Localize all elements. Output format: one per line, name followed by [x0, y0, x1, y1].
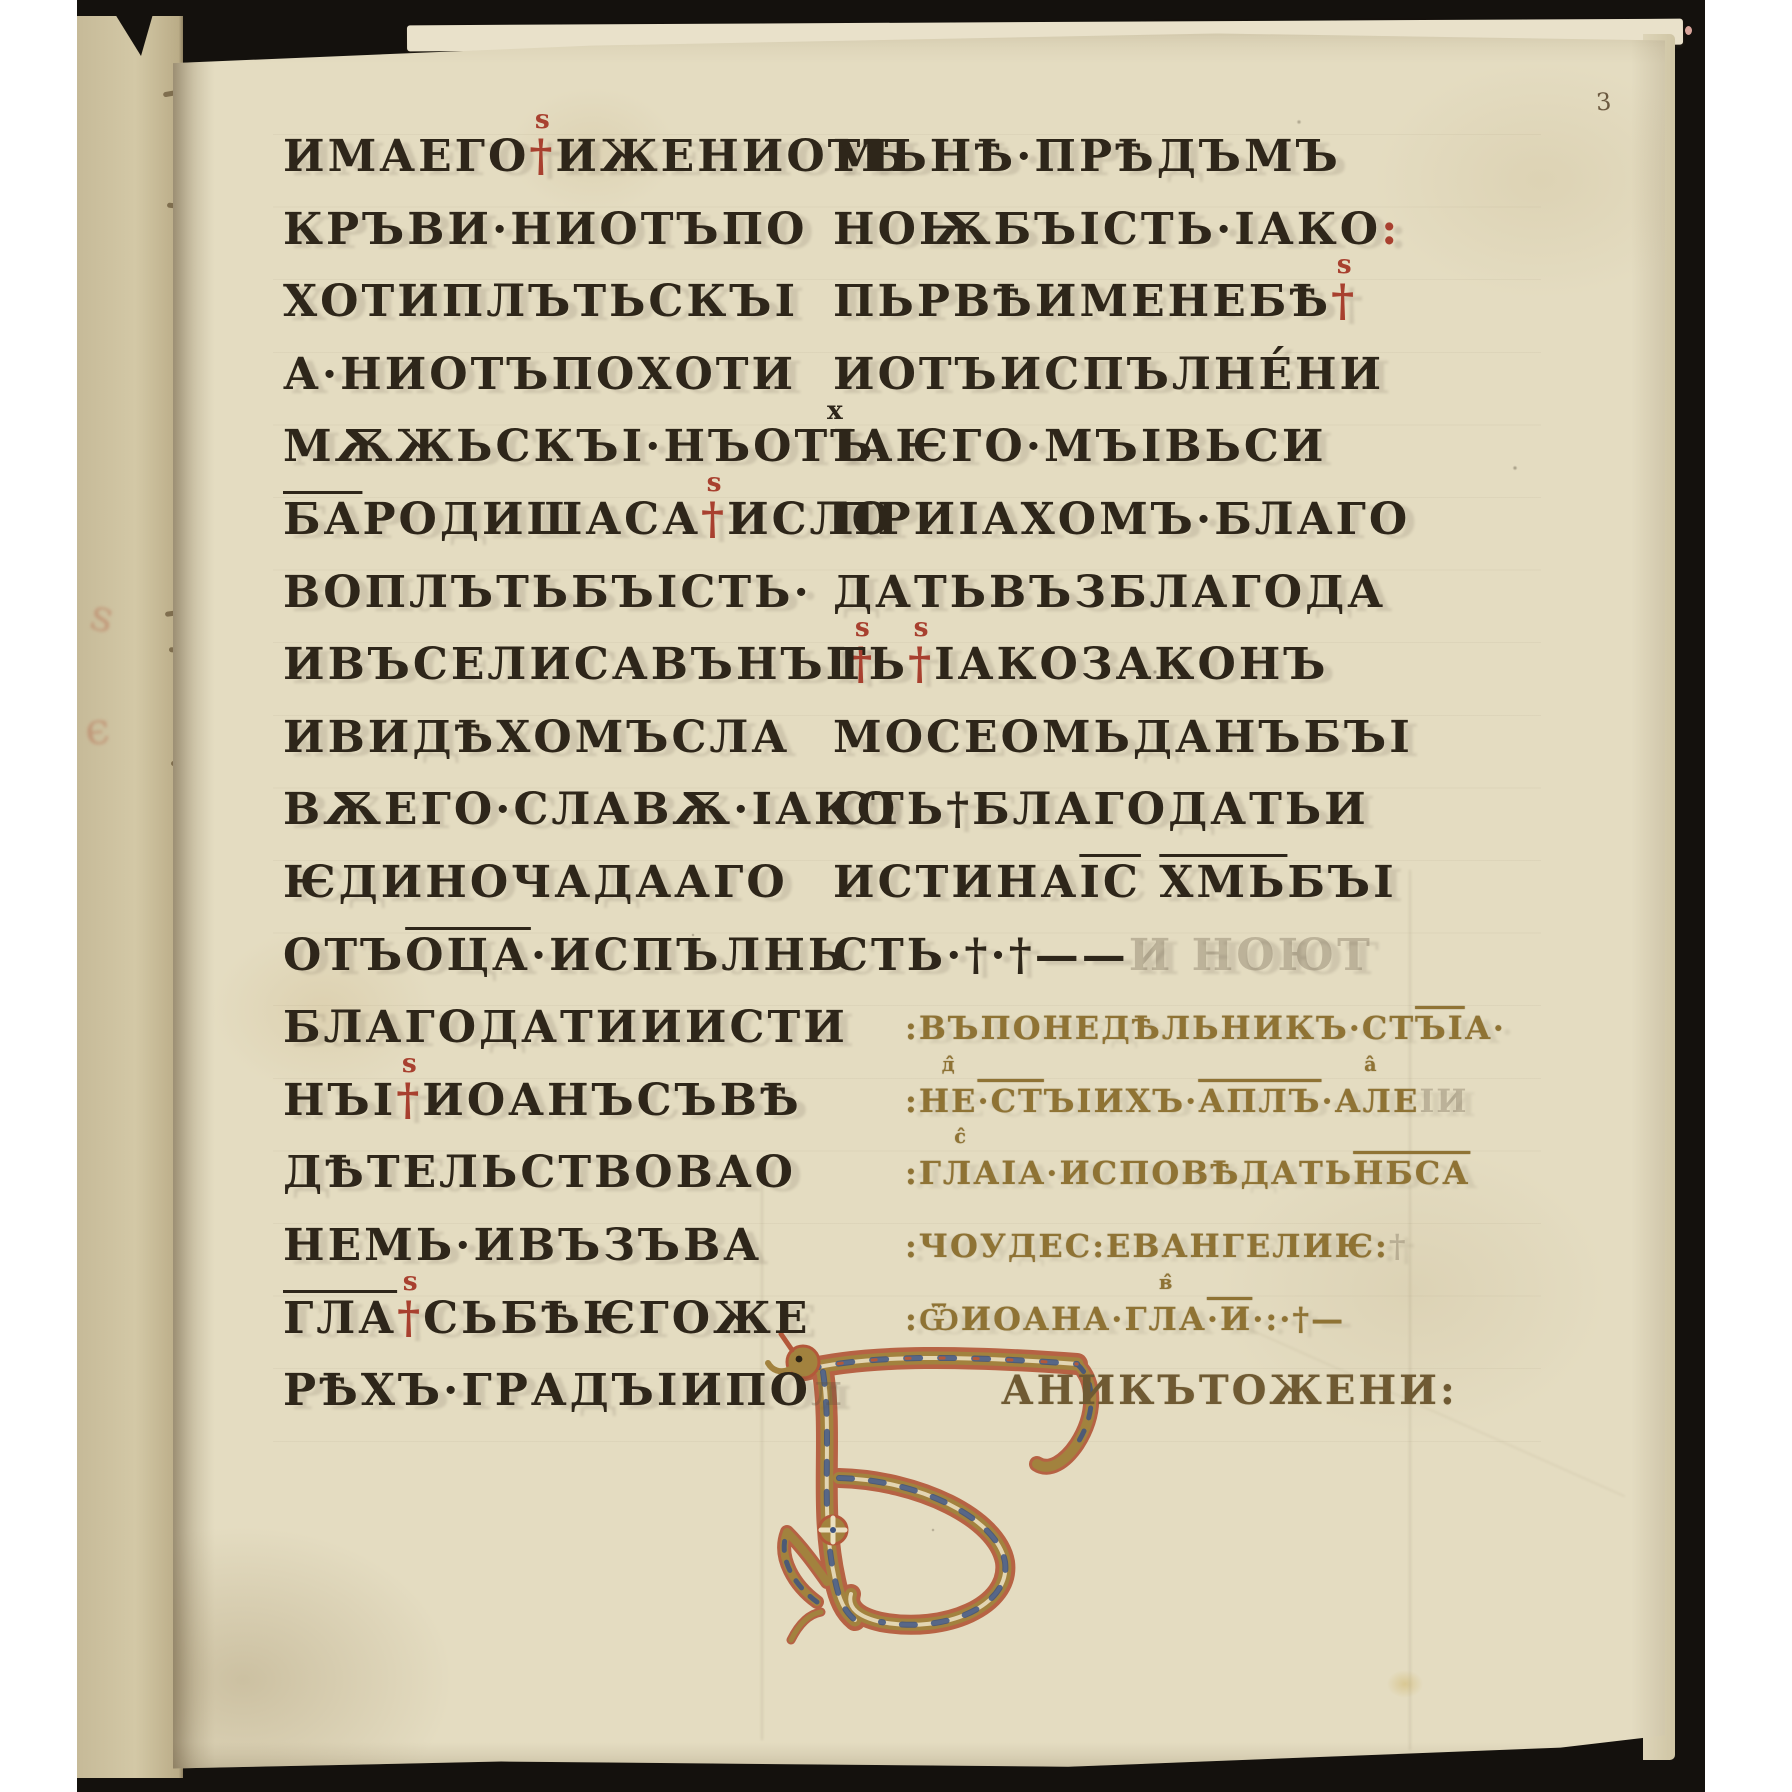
text-run: ОТЪ	[283, 930, 405, 981]
text-run: ПЬРВѢИМЕНЕБѢ	[833, 276, 1331, 327]
text-run: †ѕ	[1331, 266, 1357, 339]
text-run: ГЛАв̂	[1124, 1283, 1206, 1356]
text-run: ЪІИХЪ·	[1044, 1082, 1198, 1120]
text-run: СЬБѢѤГОЖЕ	[423, 1293, 810, 1344]
text-line: НЪІ†ИОАНЪСЪВѢНЪІ†ѕИОАНЪСЪВѢ	[283, 1065, 909, 1138]
superscript-letter: ѕ	[855, 615, 870, 641]
text-run: †	[1389, 1227, 1408, 1265]
text-line: СТЬ†БЛАГОДАТЬИСТЬ†БЛАГОДАТЬИ	[833, 774, 1506, 847]
text-line: ВОПЛЪТЬБЪІСТЬ·ВОПЛЪТЬБЪІСТЬ·	[283, 557, 909, 630]
text-line: БАРОДИШАСА†ИСЛОБАРОДИШАСА†ѕИСЛО	[283, 484, 909, 557]
text-line: ВѪЕГО·СЛАВѪ·ІАКОВѪЕГО·СЛАВѪ·ІАКО	[283, 774, 909, 847]
text-line: МЪНѢ·ПРѢДЪМЪМЪНѢ·ПРѢДЪМЪ	[833, 121, 1506, 194]
text-line: А·НИОТЪПОХОТИА·НИОТЪПОХОТИ	[283, 339, 909, 412]
text-run: ѤДИНОЧАДААГО	[283, 857, 788, 908]
text-run: :	[1375, 1227, 1389, 1265]
text-run: ДѢТЕЛЬСТВОВАО	[283, 1147, 796, 1198]
photo-backdrop: ѕ є 3 ИМАЕГО†ИЖЕНИОТЪИМАЕГО†ѕИЖЕНИОТЪКРЪ…	[77, 0, 1705, 1792]
text-line: ГЛА†СЬБѢѤГОЖЕГЛА†ѕСЬБѢѤГОЖЕ	[283, 1283, 909, 1356]
text-run: ·АЛЕа̂	[1321, 1065, 1419, 1138]
superscript-letter: ѕ	[914, 615, 929, 641]
text-run: ПРИІАХОМЪ·БЛАГО	[833, 494, 1410, 545]
manuscript-page: 3 ИМАЕГО†ИЖЕНИОТЪИМАЕГО†ѕИЖЕНИОТЪКРЪВИ·Н…	[173, 30, 1665, 1772]
gutter-previous-folio: ѕ є	[77, 16, 183, 1778]
text-run: ІИ	[1419, 1082, 1468, 1120]
text-run: ЪІ	[1415, 1009, 1465, 1047]
text-run: АНИКЪТОЖЕНИ	[1001, 1367, 1440, 1414]
text-run: ИСПОВѢДАТЬ	[1059, 1154, 1353, 1192]
text-run: :	[1440, 1367, 1458, 1414]
text-line: ИОТЪИСПЪЛНЕ́НИИОТЪИСПЪЛНЕ́НИ	[833, 339, 1506, 412]
text-run: ИВЪСЕЛИСАВЪНЪІ	[283, 639, 849, 690]
backdrop-speck	[1685, 26, 1692, 35]
superscript-letter: ѕ	[403, 1269, 418, 1295]
text-run: НБСА	[1353, 1154, 1470, 1192]
text-run: СТЬ†БЛАГОДАТЬИ	[833, 784, 1369, 835]
text-run: ИМАЕГО	[283, 131, 529, 182]
folio-number: 3	[1595, 88, 1612, 117]
text-run: ВЪПОНЕДѢЛЬНИКЪ·	[919, 1009, 1362, 1047]
text-run: ВОПЛЪТЬБЪІСТЬ·	[283, 567, 812, 618]
text-run: ІА·	[1001, 1154, 1059, 1192]
text-line: ХОТИПЛЪТЬСКЪІХОТИПЛЪТЬСКЪІ	[283, 266, 909, 339]
text-line: ДАТЬВЪЗБЛАГОДАДАТЬВЪЗБЛАГОДА	[833, 557, 1506, 630]
text-run: ·И	[1207, 1300, 1252, 1338]
text-line: МѪЖЬСКЪІ·НЪОТЪМѪЖЬСКЪІ·НЪОТЪх	[283, 411, 909, 484]
rubric-line: :ГЛАІА·ИСПОВѢДАТЬНБСА:ГЛАс̂ІА·ИСПОВѢДАТЬ…	[833, 1137, 1506, 1210]
superscript-letter: ѕ	[535, 107, 550, 133]
text-run: л	[811, 1365, 845, 1416]
text-line: ОТЪОЦА·ИСПЪЛНЬОТЪОЦА·ИСПЪЛНЬ	[283, 920, 909, 993]
text-run: РѢХЪ·ГРАДЪІИПО	[283, 1365, 811, 1416]
text-line: ІАѤГО·МЪІВЬСИІАѤГО·МЪІВЬСИ	[833, 411, 1506, 484]
text-run: ХМЬ	[1159, 857, 1287, 908]
text-run: ИВИДѢХОМЪСЛА	[283, 712, 790, 763]
text-line: МОСЕОМЬДАНЪБЪІМОСЕОМЬДАНЪБЪІ	[833, 702, 1506, 775]
text-run: ВѪЕГО·СЛАВѪ·ІАКО	[283, 784, 898, 835]
text-run: ГЛА	[283, 1293, 397, 1344]
superscript-letter: а̂	[1364, 1055, 1376, 1074]
superscript-letter: ѕ	[1337, 252, 1352, 278]
text-run: И НОЮТ	[1129, 930, 1373, 981]
text-line: ДѢТЕЛЬСТВОВАОДѢТЕЛЬСТВОВАО	[283, 1137, 909, 1210]
superscript-letter: ѕ	[707, 470, 722, 496]
text-run: БЛАГОДАТИИИСТИ	[283, 1002, 848, 1053]
text-run: БА	[283, 494, 362, 545]
text-run: СТЬ	[833, 930, 946, 981]
text-run: ИОАНЪСЪВѢ	[422, 1075, 801, 1126]
superscript-letter: ѕ	[402, 1051, 417, 1077]
text-run: НЕд̂	[919, 1065, 978, 1138]
text-run: ИОТЪИСПЪЛНЕ́НИ	[833, 349, 1384, 400]
text-line: ПЬРВѢИМЕНЕБѢ†ПЬРВѢИМЕНЕБѢ†ѕ	[833, 266, 1506, 339]
text-run: НЪІ	[283, 1075, 396, 1126]
text-line: РѢХЪ·ГРАДЪІИПОлРѢХЪ·ГРАДЪІИПОл	[283, 1355, 909, 1428]
text-line: ѤДИНОЧАДААГОѤДИНОЧАДААГО	[283, 847, 909, 920]
manuscript-scan: { "page_info": { "folio_number": "3" }, …	[0, 0, 1792, 1792]
text-line: НЕМЬ·ИВЪЗЪВАНЕМЬ·ИВЪЗЪВА	[283, 1210, 909, 1283]
text-run: ЕВАНГЕЛИѤ	[1106, 1227, 1375, 1265]
text-run: :	[905, 1154, 919, 1192]
text-run: АПЛЪ	[1198, 1082, 1321, 1120]
text-run: †ѕ	[397, 1283, 423, 1356]
superscript-letter: с̂	[954, 1127, 966, 1146]
text-run: †ѕ	[908, 629, 934, 702]
text-run: ДАТЬВЪЗБЛАГОДА	[833, 567, 1386, 618]
text-run: :	[905, 1009, 919, 1047]
text-run: ИСТИНА	[833, 857, 1079, 908]
text-line: СТЬ·†·†——И НОЮТСТЬ·†·†——И НОЮТ	[833, 920, 1506, 993]
text-run: ІАКОЗАКОНЪ	[934, 639, 1328, 690]
text-run: МОСЕОМЬДАНЪБЪІ	[833, 712, 1413, 763]
spine-notch	[115, 14, 153, 56]
text-run: СТ	[1362, 1009, 1415, 1047]
text-line: ПРИІАХОМЪ·БЛАГОПРИІАХОМЪ·БЛАГО	[833, 484, 1506, 557]
rubric-line: :ВЪПОНЕДѢЛЬНИКЪ·СТЪІА·:ВЪПОНЕДѢЛЬНИКЪ·СТ…	[833, 992, 1506, 1065]
text-run: ·†·†——	[946, 930, 1129, 981]
text-run: :	[905, 1082, 919, 1120]
text-run: ·ИСПЪЛНЬ	[531, 930, 847, 981]
text-run: БЪІ	[1287, 857, 1396, 908]
text-run: :	[1092, 1227, 1106, 1265]
text-line: ИМАЕГО†ИЖЕНИОТЪИМАЕГО†ѕИЖЕНИОТЪ	[283, 121, 909, 194]
text-run: НЕМЬ·ИВЪЗЪВА	[283, 1220, 762, 1271]
text-column-left: ИМАЕГО†ИЖЕНИОТЪИМАЕГО†ѕИЖЕНИОТЪКРЪВИ·НИО…	[283, 121, 909, 1428]
text-run: ОЦА	[405, 930, 531, 981]
text-run: А·НИОТЪПОХОТИ	[283, 349, 796, 400]
text-run: ѾИОАНА·	[919, 1300, 1125, 1338]
rubric-line: :ѾИОАНА·ГЛА·И·:·†—:ѾИОАНА·ГЛАв̂·И·:·†—	[833, 1283, 1506, 1356]
red-offset-mark: ѕ	[85, 589, 119, 644]
text-run: ІАѤГО·МЪІВЬСИ	[833, 421, 1327, 472]
text-run: ІС	[1079, 857, 1141, 908]
text-run: †ѕ	[529, 121, 555, 194]
text-line: КРЪВИ·НИОТЪПОКРЪВИ·НИОТЪПО	[283, 194, 909, 267]
text-run: ТЬ	[833, 639, 908, 690]
superscript-letter: д̂	[942, 1055, 955, 1074]
text-line: ТЬ†ІАКОЗАКОНЪТЬ†ѕІАКОЗАКОНЪ	[833, 629, 1506, 702]
text-column-right: МЪНѢ·ПРѢДЪМЪМЪНѢ·ПРѢДЪМЪНОѬБЪІСТЬ·ІАКО:Н…	[833, 121, 1506, 1428]
red-offset-mark: є	[82, 703, 112, 756]
text-line: ИВИДѢХОМЪСЛАИВИДѢХОМЪСЛА	[283, 702, 909, 775]
text-run: †ѕ	[701, 484, 727, 557]
text-run: КРЪВИ·НИОТЪПО	[283, 204, 807, 255]
text-run: †ѕ	[396, 1065, 422, 1138]
text-run: НОѬБЪІСТЬ·ІАКО	[833, 204, 1381, 255]
text-run: ЧОУДЕС	[919, 1227, 1092, 1265]
text-run: ГЛАс̂	[919, 1137, 1001, 1210]
text-run	[1141, 857, 1159, 908]
text-run: :	[905, 1300, 919, 1338]
text-line: ИСТИНАІС ХМЬБЪІИСТИНАІС ХМЬБЪІ	[833, 847, 1506, 920]
text-run: ·СТ	[977, 1082, 1043, 1120]
text-line: БЛАГОДАТИИИСТИБЛАГОДАТИИИСТИ	[283, 992, 909, 1065]
superscript-letter: в̂	[1159, 1273, 1172, 1292]
text-line: ИВЪСЕЛИСАВЪНЪІ†ИВЪСЕЛИСАВЪНЪІ†ѕ	[283, 629, 909, 702]
text-line: НОѬБЪІСТЬ·ІАКО:НОѬБЪІСТЬ·ІАКО:	[833, 194, 1506, 267]
text-run: А·	[1465, 1009, 1506, 1047]
text-run: МѪЖЬСКЪІ·НЪО	[283, 421, 795, 472]
text-run: ·:·†—	[1252, 1300, 1345, 1338]
text-run: ХОТИПЛЪТЬСКЪІ	[283, 276, 798, 327]
text-run: МЪНѢ·ПРѢДЪМЪ	[833, 131, 1341, 182]
text-run: :	[1381, 204, 1400, 255]
text-run: :	[905, 1227, 919, 1265]
rubric-line: :НЕ·СТЪІИХЪ·АПЛЪ·АЛЕІИ:НЕд̂·СТЪІИХЪ·АПЛЪ…	[833, 1065, 1506, 1138]
text-run: РОДИШАСА	[362, 494, 701, 545]
